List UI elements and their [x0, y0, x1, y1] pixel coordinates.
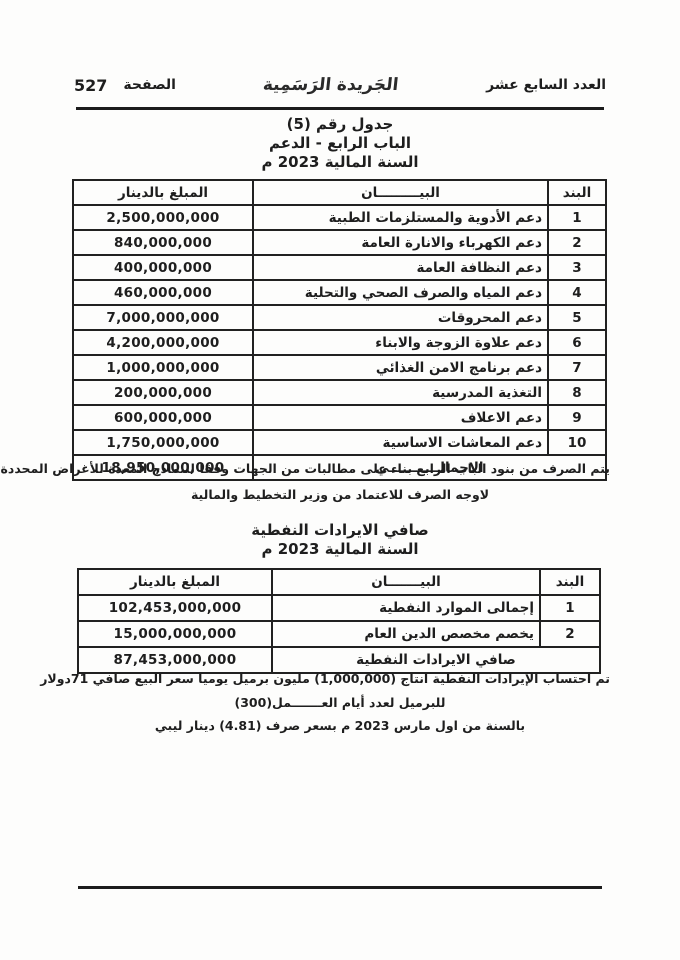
col-header-item: البند — [548, 180, 606, 205]
oil-note-line1: تم احتساب الإيرادات النفطية انتاج (1,000… — [70, 671, 610, 686]
cell-description: دعم النظافة العامة — [253, 255, 548, 280]
table-row: 9 دعم الاعلاف 600,000,000 — [73, 405, 606, 430]
cell-description: دعم الاعلاف — [253, 405, 548, 430]
oil-title-block: صافي الايرادات النفطية السنة المالية 202… — [0, 521, 680, 559]
cell-item: 8 — [548, 380, 606, 405]
footer-divider-line — [78, 886, 602, 889]
cell-amount: 460,000,000 — [73, 280, 253, 305]
fiscal-year-title: السنة المالية 2023 م — [0, 153, 680, 172]
cell-amount: 400,000,000 — [73, 255, 253, 280]
cell-item: 2 — [540, 621, 600, 647]
cell-amount: 1,750,000,000 — [73, 430, 253, 455]
cell-item: 3 — [548, 255, 606, 280]
cell-item: 1 — [540, 595, 600, 621]
support-note-line2: لاوجه الصرف للاعتماد من وزير التخطيط وال… — [70, 487, 610, 502]
chapter-title: الباب الرابع - الدعم — [0, 134, 680, 153]
cell-amount: 600,000,000 — [73, 405, 253, 430]
support-table: البند البيـــــــــان المبلغ بالدينار 1 … — [72, 179, 607, 481]
cell-description: دعم الكهرباء والانارة العامة — [253, 230, 548, 255]
cell-amount: 15,000,000,000 — [78, 621, 272, 647]
page-label: الصفحة — [123, 77, 176, 93]
table-row: 10 دعم المعاشات الاساسية 1,750,000,000 — [73, 430, 606, 455]
page-number-group: الصفحة 527 — [74, 76, 176, 95]
table-row: 3 دعم النظافة العامة 400,000,000 — [73, 255, 606, 280]
col-header-item: البند — [540, 569, 600, 595]
cell-description: دعم المحروقات — [253, 305, 548, 330]
oil-note-line3: بالسنة من اول مارس 2023 م بسعر صرف (4.81… — [70, 718, 610, 733]
col-header-description: البيـــــــــان — [253, 180, 548, 205]
gazette-logo: الجَريدة الرَسَمِية — [262, 75, 399, 95]
table-total-row: صافي الايرادات النفطية 87,453,000,000 — [78, 647, 600, 673]
oil-note-line2: للبرميل لعدد أيام العـــــــمل(300) — [70, 695, 610, 710]
col-header-description: البيـــــــان — [272, 569, 540, 595]
oil-fiscal-year-title: السنة المالية 2023 م — [0, 540, 680, 559]
table-row: 2 يخصم مخصص الدين العام 15,000,000,000 — [78, 621, 600, 647]
cell-description: إجمالى الموارد النفطية — [272, 595, 540, 621]
cell-description: دعم الأدوية والمستلزمات الطبية — [253, 205, 548, 230]
issue-number-label: العدد السابع عشر — [486, 77, 606, 93]
table-row: 4 دعم المياه والصرف الصحي والتحلية 460,0… — [73, 280, 606, 305]
col-header-amount: المبلغ بالدينار — [78, 569, 272, 595]
oil-table: البند البيـــــــان المبلغ بالدينار 1 إج… — [77, 568, 601, 674]
cell-description: دعم برنامج الامن الغذائي — [253, 355, 548, 380]
table-row: 6 دعم علاوة الزوجة والابناء 4,200,000,00… — [73, 330, 606, 355]
table-row: 2 دعم الكهرباء والانارة العامة 840,000,0… — [73, 230, 606, 255]
support-table-header-row: البند البيـــــــــان المبلغ بالدينار — [73, 180, 606, 205]
cell-item: 1 — [548, 205, 606, 230]
cell-item: 2 — [548, 230, 606, 255]
table-number-title: جدول رقم (5) — [0, 115, 680, 134]
table-row: 8 التغذية المدرسية 200,000,000 — [73, 380, 606, 405]
cell-description: التغذية المدرسية — [253, 380, 548, 405]
cell-amount: 102,453,000,000 — [78, 595, 272, 621]
table-row: 1 إجمالى الموارد النفطية 102,453,000,000 — [78, 595, 600, 621]
cell-description: دعم المياه والصرف الصحي والتحلية — [253, 280, 548, 305]
cell-item: 9 — [548, 405, 606, 430]
cell-item: 4 — [548, 280, 606, 305]
cell-description: دعم المعاشات الاساسية — [253, 430, 548, 455]
cell-amount: 2,500,000,000 — [73, 205, 253, 230]
col-header-amount: المبلغ بالدينار — [73, 180, 253, 205]
oil-revenues-title: صافي الايرادات النفطية — [0, 521, 680, 540]
oil-table-header-row: البند البيـــــــان المبلغ بالدينار — [78, 569, 600, 595]
page-header: العدد السابع عشر الجَريدة الرَسَمِية الص… — [74, 70, 606, 100]
cell-description: دعم علاوة الزوجة والابناء — [253, 330, 548, 355]
table-row: 1 دعم الأدوية والمستلزمات الطبية 2,500,0… — [73, 205, 606, 230]
cell-item: 5 — [548, 305, 606, 330]
total-label-cell: صافي الايرادات النفطية — [272, 647, 600, 673]
cell-item: 10 — [548, 430, 606, 455]
header-divider-line — [76, 107, 604, 110]
cell-item: 7 — [548, 355, 606, 380]
table-row: 7 دعم برنامج الامن الغذائي 1,000,000,000 — [73, 355, 606, 380]
cell-amount: 200,000,000 — [73, 380, 253, 405]
support-title-block: جدول رقم (5) الباب الرابع - الدعم السنة … — [0, 115, 680, 172]
support-note-line1: يتم الصرف من بنود الباب الرابع بناء على … — [70, 461, 610, 476]
table-row: 5 دعم المحروقات 7,000,000,000 — [73, 305, 606, 330]
total-amount-cell: 87,453,000,000 — [78, 647, 272, 673]
cell-item: 6 — [548, 330, 606, 355]
page-number: 527 — [74, 76, 107, 95]
cell-amount: 7,000,000,000 — [73, 305, 253, 330]
cell-amount: 1,000,000,000 — [73, 355, 253, 380]
cell-amount: 4,200,000,000 — [73, 330, 253, 355]
cell-description: يخصم مخصص الدين العام — [272, 621, 540, 647]
gazette-page: العدد السابع عشر الجَريدة الرَسَمِية الص… — [0, 0, 680, 960]
cell-amount: 840,000,000 — [73, 230, 253, 255]
